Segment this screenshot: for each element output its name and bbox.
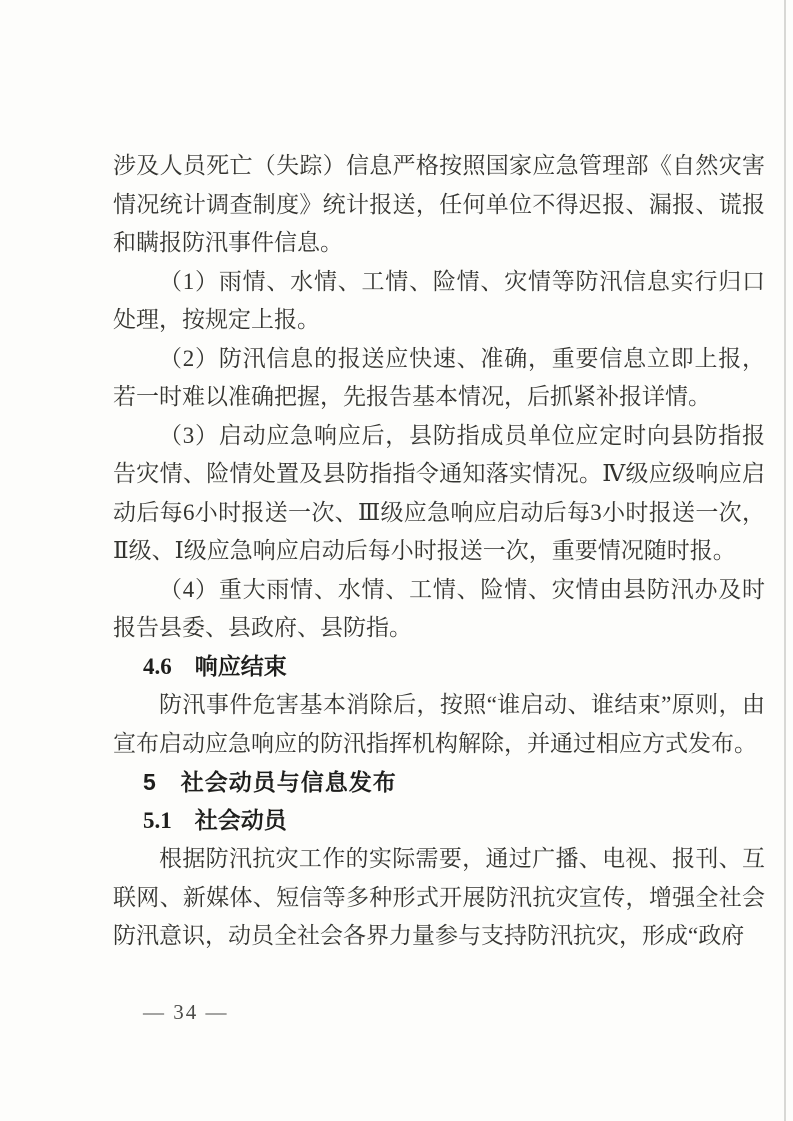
page-edge-shadow xyxy=(784,0,786,1121)
document-page: 涉及人员死亡（失踪）信息严格按照国家应急管理部《自然灾害情况统计调查制度》统计报… xyxy=(0,0,793,1121)
paragraph-continuation: 涉及人员死亡（失踪）信息严格按照国家应急管理部《自然灾害情况统计调查制度》统计报… xyxy=(113,147,765,263)
heading-5-1-social-mobilization: 5.1 社会动员 xyxy=(113,802,765,841)
paragraph-item-3: （3）启动应急响应后，县防指成员单位应定时向县防指报告灾情、险情处置及县防指指令… xyxy=(113,417,765,571)
paragraph-social-mobilization: 根据防汛抗灾工作的实际需要，通过广播、电视、报刊、互联网、新媒体、短信等多种形式… xyxy=(113,840,765,956)
document-body: 涉及人员死亡（失踪）信息严格按照国家应急管理部《自然灾害情况统计调查制度》统计报… xyxy=(113,147,765,956)
page-number: — 34 — xyxy=(143,1000,229,1025)
heading-5-social-mobilization-and-information: 5 社会动员与信息发布 xyxy=(113,763,765,802)
paragraph-item-1: （1）雨情、水情、工情、险情、灾情等防汛信息实行归口处理，按规定上报。 xyxy=(113,263,765,340)
paragraph-item-4: （4）重大雨情、水情、工情、险情、灾情由县防汛办及时报告县委、县政府、县防指。 xyxy=(113,571,765,648)
paragraph-item-2: （2）防汛信息的报送应快速、准确，重要信息立即上报，若一时难以准确把握，先报告基… xyxy=(113,340,765,417)
heading-4-6-response-end: 4.6 响应结束 xyxy=(113,648,765,687)
paragraph-response-end: 防汛事件危害基本消除后，按照“谁启动、谁结束”原则，由宣布启动应急响应的防汛指挥… xyxy=(113,686,765,763)
